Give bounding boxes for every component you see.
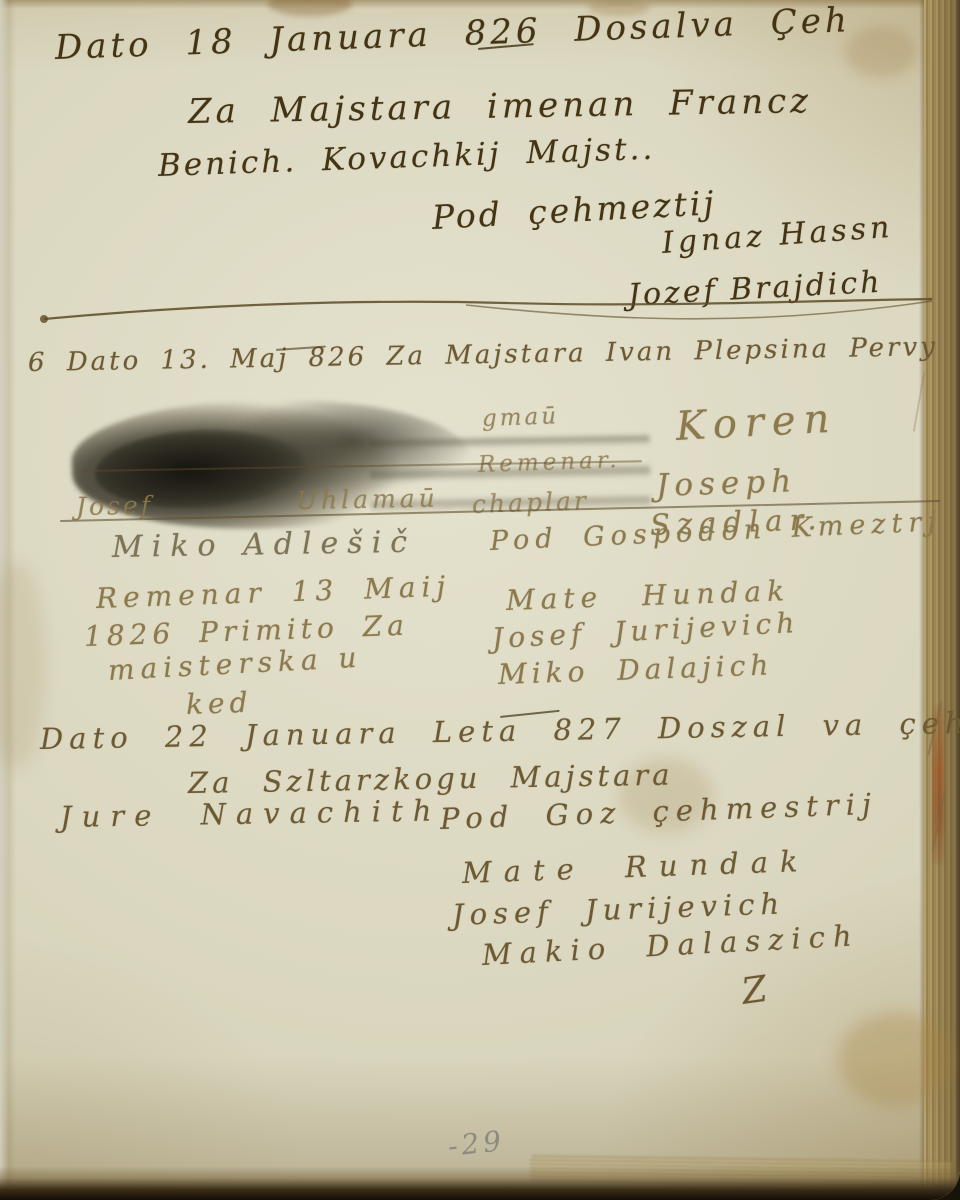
note-ked: ked	[185, 686, 253, 721]
crossed-name-koren: Koren	[675, 396, 839, 450]
paper-stain	[845, 26, 917, 78]
apprentice-miko-adlesic: Miko Adlešič	[112, 525, 417, 565]
ink-divider-line	[36, 288, 938, 336]
crossed-fragment: gmaū	[482, 403, 560, 432]
crossed-word-chaplar: chaplar	[471, 486, 589, 519]
crossed-name-josef: Josef	[76, 491, 153, 521]
page-bottom-edge	[0, 1166, 960, 1200]
page-number-pencil: -29	[446, 1124, 506, 1163]
entry2-date-line: 6 Dato 13. Maj 826 Za Majstara Ivan Plep…	[28, 332, 938, 378]
entry1-master-line: Za Majstara imenan Francz	[188, 81, 813, 132]
crossed-name-uhlaman: Uhlamaū	[296, 484, 439, 515]
signature-mate-rundak: Mate Rundak	[461, 844, 810, 890]
book-fore-edge	[924, 0, 960, 1200]
entry3-date-line: Dato 22 Januara Leta 827 Doszal va çeh	[40, 706, 960, 756]
crossed-name-joseph: Joseph	[655, 463, 797, 504]
entry3-name-jure-navachith: Jure Navachith	[60, 793, 442, 834]
official-miko-dalajich: Miko Dalajich	[497, 648, 773, 691]
entry1-name-line: Benich. Kovachkij Majst..	[157, 131, 655, 184]
manuscript-page: Dato 18 Januara 826 Dosalva Çeh Za Majst…	[0, 0, 960, 1200]
signature-flourish: Z	[739, 969, 769, 1013]
page-left-edge	[0, 0, 16, 1200]
entry1-date-line: Dato 18 Januara 826 Dosalva Çeh	[54, 0, 851, 68]
